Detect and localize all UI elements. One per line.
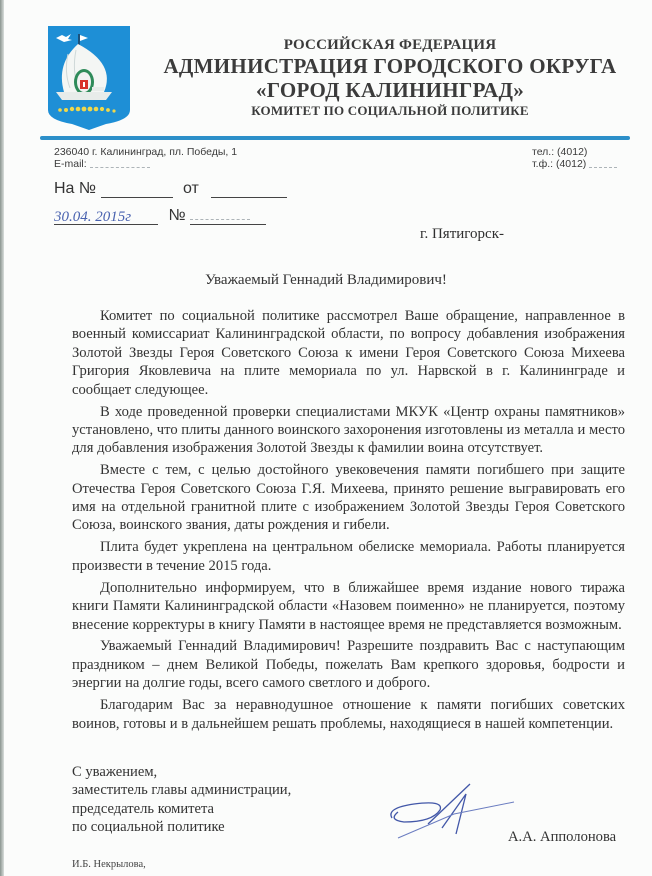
paragraph: Комитет по социальной политике рассмотре… [72,307,625,399]
reply-date-blank [211,181,287,198]
outgoing-reference-row: 30.04. 2015г № [54,207,266,225]
paragraph: Уважаемый Геннадий Владимирович! Разреши… [72,637,625,692]
fax-line: т.ф.: (4012) [532,158,617,170]
signer-title-3: по социальной политике [72,818,291,836]
outgoing-date-handwritten: 30.04. 2015г [54,209,131,225]
redacted-number [190,213,250,220]
reply-number-blank [101,181,173,198]
redacted-fax [589,161,617,168]
contacts-block: 236040 г. Калининград, пл. Победы, 1 E-m… [54,146,624,170]
letterhead-committee: КОМИТЕТ ПО СОЦИАЛЬНОЙ ПОЛИТИКЕ [150,102,630,120]
paragraph: Плита будет укреплена на центральном обе… [72,538,625,575]
closing-block: С уважением, заместитель главы администр… [72,763,291,837]
greeting: Уважаемый Геннадий Владимирович! [0,272,652,289]
recipient-city: г. Пятигорск- [420,226,504,242]
redacted-email [90,161,150,168]
letterhead-city: «ГОРОД КАЛИНИНГРАД» [150,78,630,102]
outgoing-date-field: 30.04. 2015г [54,208,158,225]
paragraph: Вместе с тем, с целью достойного увекове… [72,461,625,535]
phone: тел.: (4012) [532,146,617,158]
reply-reference-row: На № от [54,180,287,198]
phone-block: тел.: (4012) т.ф.: (4012) [532,146,617,170]
letterhead-divider [40,136,630,140]
fax: т.ф.: (4012) [532,158,586,170]
signer-title-1: заместитель главы администрации, [72,781,291,799]
letter-body: Комитет по социальной политике рассмотре… [72,307,625,736]
letterhead-administration: АДМИНИСТРАЦИЯ ГОРОДСКОГО ОКРУГА [150,54,630,78]
scan-page-edge [0,0,4,876]
letterhead-country: РОССИЙСКАЯ ФЕДЕРАЦИЯ [150,36,630,54]
recipient-address: г. Пятигорск- [420,226,504,243]
handwritten-signature-icon [384,778,524,848]
signer-name: А.А. Апполонова [508,829,616,846]
from-label: от [183,180,199,197]
signer-title-2: председатель комитета [72,800,291,818]
closing-regards: С уважением, [72,763,291,781]
reply-to-label: На № [54,180,96,197]
paragraph: Дополнительно информируем, что в ближайш… [72,579,625,634]
number-label: № [168,207,185,224]
kaliningrad-coat-of-arms-icon [46,24,132,132]
letterhead: РОССИЙСКАЯ ФЕДЕРАЦИЯ АДМИНИСТРАЦИЯ ГОРОД… [150,36,630,120]
paragraph: Благодарим Вас за неравнодушное отношени… [72,696,625,733]
outgoing-number-field [190,208,266,225]
email-label: E-mail: [54,158,87,170]
paragraph: В ходе проведенной проверки специалистам… [72,403,625,458]
executor-name: И.Б. Некрылова, [72,859,146,870]
